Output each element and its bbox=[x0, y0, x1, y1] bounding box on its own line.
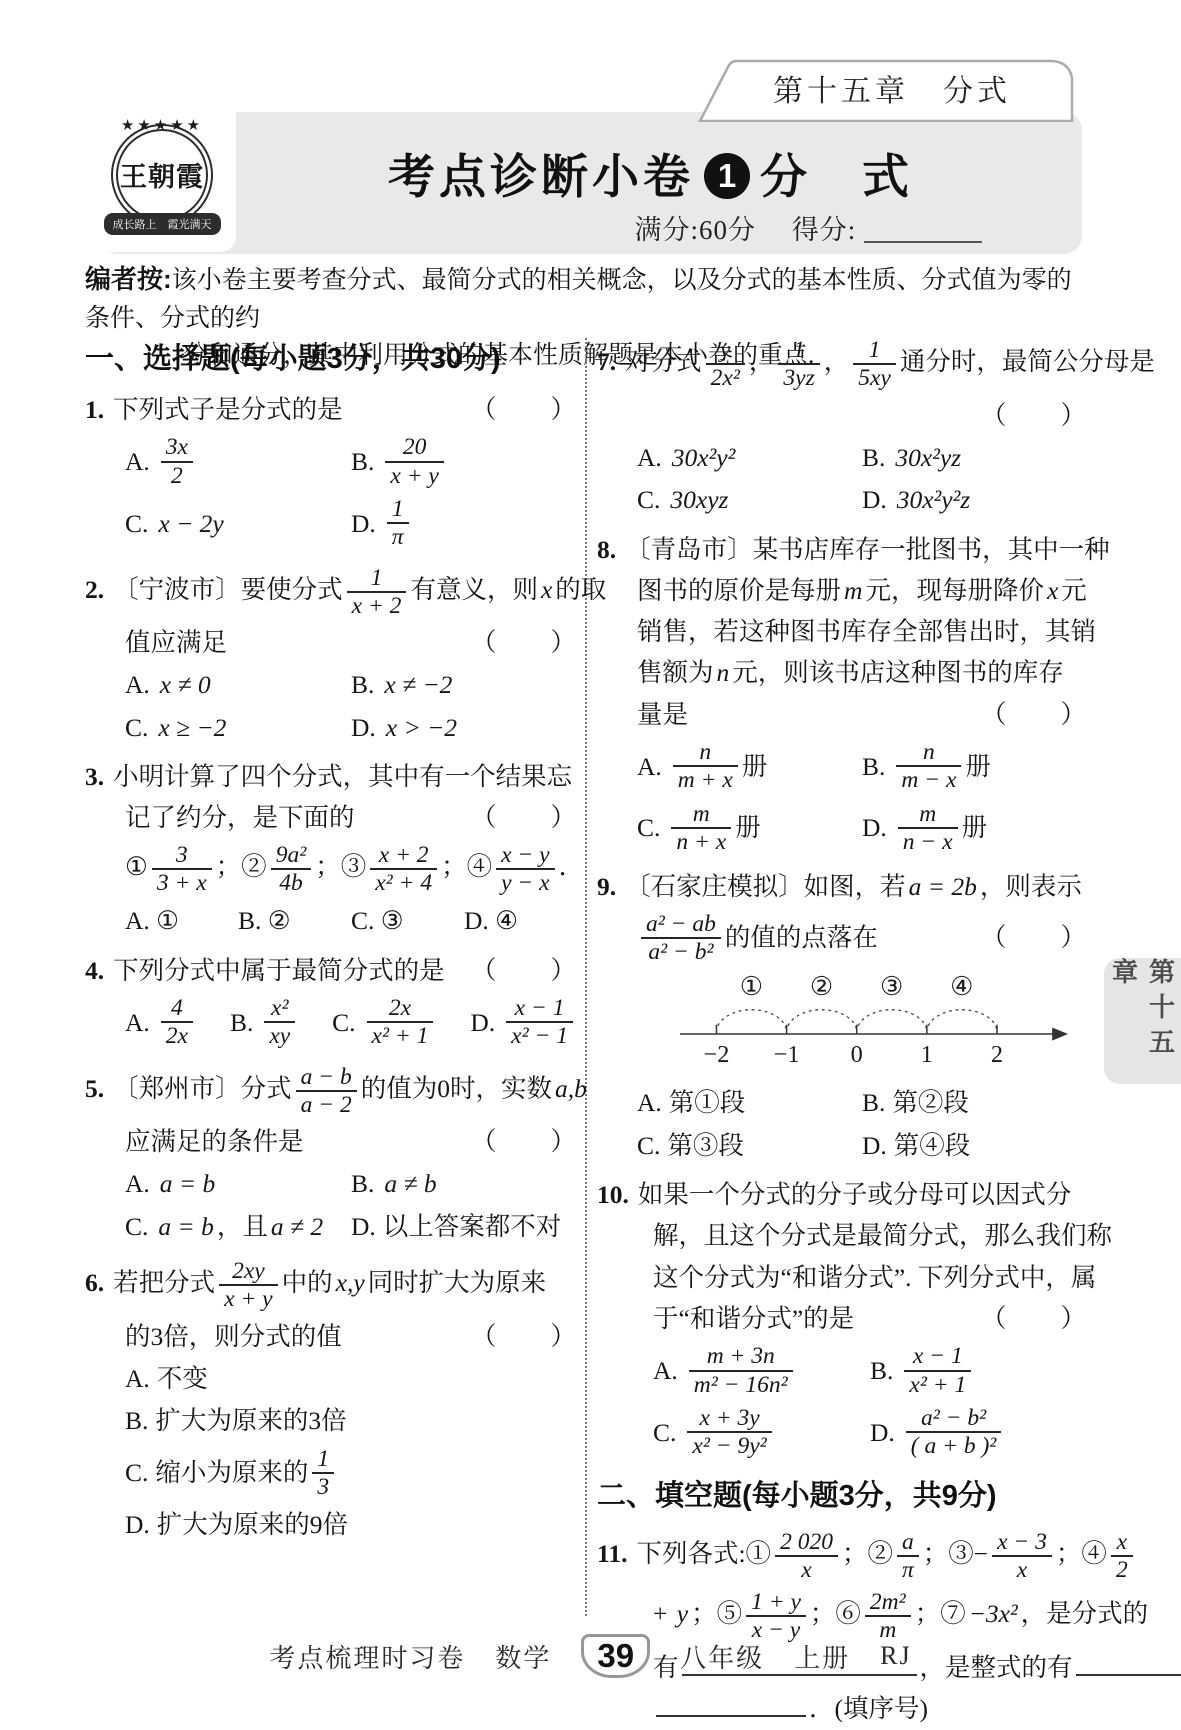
math-text: x ≥ −2 bbox=[158, 707, 226, 748]
text-run: 记了约分，是下面的 bbox=[125, 797, 355, 838]
option: C.mn + x册 bbox=[637, 798, 862, 859]
text-run: 应满足的条件是 bbox=[125, 1121, 304, 1162]
text-run: ；⑥ bbox=[810, 1599, 861, 1628]
numberline-tick-label: −1 bbox=[774, 1041, 800, 1068]
fraction: m + 3nm² − 16n² bbox=[689, 1343, 793, 1398]
question-line: A.不变 bbox=[125, 1358, 577, 1399]
question: 3.小明计算了四个分式，其中有一个结果忘记了约分，是下面的（ ）①33 + x；… bbox=[85, 756, 577, 942]
option: D.x − 1x² − 1 bbox=[470, 992, 577, 1053]
fraction: x + 2x² + 4 bbox=[370, 842, 437, 897]
fraction-numerator: a bbox=[897, 1529, 919, 1557]
fraction-denominator: x² − 9y² bbox=[687, 1433, 771, 1459]
question: 7.对分式y2x²，13yz，15xy通分时，最简公分母是（ ）A.30x²y²… bbox=[597, 334, 1087, 521]
text-run: B. bbox=[862, 1082, 885, 1123]
question: 11.下列各式:①2 020x；②aπ；③−x − 3x；④x2+ y；⑤1 +… bbox=[597, 1526, 1087, 1730]
option: B.第②段 bbox=[862, 1082, 1087, 1123]
text-run: D. bbox=[862, 807, 887, 848]
fraction: 15xy bbox=[853, 337, 896, 392]
fraction-numerator: n bbox=[673, 739, 738, 767]
text-run: C. ③ bbox=[351, 900, 404, 941]
text-run: + bbox=[653, 1599, 674, 1628]
question-line: ①33 + x；②9a²4b；③x + 2x² + 4；④x − yy − x． bbox=[125, 839, 577, 900]
option: A.42x bbox=[125, 992, 197, 1053]
fraction-numerator: 1 bbox=[778, 337, 819, 365]
fraction: 9a²4b bbox=[271, 842, 312, 897]
text-run: D. bbox=[862, 1125, 887, 1166]
fraction-denominator: 2 bbox=[1111, 1557, 1133, 1583]
question: 8.〔青岛市〕某书店库存一批图书，其中一种图书的原价是每册m元，现每册降价x元销… bbox=[597, 529, 1087, 859]
text-run: 售额为 bbox=[637, 658, 714, 687]
text-run: D. bbox=[351, 1206, 376, 1247]
fraction: y2x² bbox=[706, 337, 745, 392]
math-text: a = b bbox=[160, 1163, 215, 1204]
text-run: A. bbox=[125, 664, 150, 705]
text-run: ， bbox=[824, 347, 850, 376]
text-run: D. bbox=[870, 1412, 895, 1453]
option: D.mn − x册 bbox=[862, 798, 1087, 859]
numberline-tick-label: 0 bbox=[851, 1041, 863, 1068]
question-line: 9.〔石家庄模拟〕如图，若a = 2b，则表示 bbox=[597, 866, 1087, 907]
option: A.a = b bbox=[125, 1163, 351, 1204]
fraction-numerator: 1 + y bbox=[746, 1589, 806, 1617]
question-line: C.第③段D.第④段 bbox=[637, 1125, 1087, 1166]
math-text: x bbox=[1047, 576, 1058, 605]
question-line: 7.对分式y2x²，13yz，15xy通分时，最简公分母是 bbox=[597, 334, 1087, 395]
fraction-numerator: m bbox=[671, 801, 731, 829]
fraction-numerator: 1 bbox=[312, 1446, 334, 1474]
numberline-tick-label: −2 bbox=[704, 1041, 730, 1068]
fraction-numerator: a² − ab bbox=[641, 911, 721, 939]
logo-seal-icon: 王朝霞 bbox=[116, 129, 208, 221]
option: C.30xyz bbox=[637, 479, 862, 520]
text-run: A. bbox=[653, 1350, 678, 1391]
text-run: C. bbox=[637, 807, 660, 848]
answer-paren: （ ） bbox=[471, 950, 577, 991]
option: D.x > −2 bbox=[351, 707, 577, 748]
text-run: B. bbox=[351, 664, 374, 705]
math-text: −3x² bbox=[969, 1599, 1018, 1628]
fraction-numerator: x + 3y bbox=[687, 1405, 771, 1433]
text-run: 的3倍，则分式的值 bbox=[125, 1316, 342, 1357]
question-line: 解，且这个分式是最简分式，那么我们称 bbox=[653, 1215, 1087, 1256]
text-run: ；③ bbox=[315, 852, 366, 881]
question-line: A.第①段B.第②段 bbox=[637, 1082, 1087, 1123]
question-line: A.x ≠ 0B.x ≠ −2 bbox=[125, 664, 577, 705]
fraction-denominator: xy bbox=[264, 1023, 295, 1049]
fraction-numerator: x bbox=[1111, 1529, 1133, 1557]
fraction-denominator: x² − 1 bbox=[506, 1023, 573, 1049]
full-score-label: 满分:60分 bbox=[634, 215, 756, 245]
question-line: 5.〔郑州市〕分式a − ba − 2的值为0时，实数a,b bbox=[85, 1061, 577, 1122]
fraction: 20x + y bbox=[385, 434, 443, 489]
text-run: 元 bbox=[1061, 576, 1087, 605]
numberline-segment-label: ① bbox=[740, 972, 763, 1001]
numberline-segment-label: ② bbox=[810, 972, 833, 1001]
option: C.x − 2y bbox=[125, 503, 351, 544]
page-number-book-icon: 39 bbox=[581, 1634, 650, 1678]
question-columns: 一、选择题(每小题3分，共30分)1.下列式子是分式的是（ ）A.3x2B.20… bbox=[85, 334, 1087, 1730]
fraction-numerator: 2m² bbox=[865, 1589, 911, 1617]
text-run: 册 bbox=[742, 746, 768, 787]
fraction: a² − aba² − b² bbox=[641, 911, 721, 966]
text-run: 值应满足 bbox=[125, 622, 227, 663]
fraction: a² − b²( a + b )² bbox=[906, 1405, 1002, 1460]
question-line: C.x ≥ −2D.x > −2 bbox=[125, 707, 577, 748]
text-run: C. bbox=[637, 479, 660, 520]
footer-volume: 上册 bbox=[794, 1638, 850, 1675]
question-line: 销售，若这种图书库存全部售出时，其销 bbox=[637, 611, 1087, 652]
text-run: B. bbox=[351, 1163, 374, 1204]
option: D.扩大为原来的9倍 bbox=[125, 1504, 577, 1545]
question-line: A. ①B. ②C. ③D. ④ bbox=[125, 900, 577, 941]
text-run: ；② bbox=[842, 1539, 893, 1568]
question-line: 11.下列各式:①2 020x；②aπ；③−x − 3x；④x2 bbox=[597, 1526, 1087, 1587]
fraction: 33 + x bbox=[152, 842, 212, 897]
text-run: 有意义，则 bbox=[410, 575, 538, 604]
chapter-tab-label: 第十五章 分式 bbox=[698, 66, 1086, 110]
text-run: 第④段 bbox=[894, 1125, 971, 1166]
fraction: 3x2 bbox=[161, 434, 193, 489]
option: B.x²xy bbox=[230, 992, 299, 1053]
fraction: mn − x bbox=[898, 801, 958, 856]
option: A.3x2 bbox=[125, 431, 351, 492]
answer-paren: （ ） bbox=[471, 389, 577, 430]
math-text: a = b bbox=[158, 1206, 213, 1247]
text-run: 扩大为原来的9倍 bbox=[157, 1504, 348, 1545]
fraction: x − yy − x bbox=[496, 842, 554, 897]
fraction-denominator: x + 2 bbox=[347, 593, 407, 619]
option: C.x + 3yx² − 9y² bbox=[653, 1402, 870, 1463]
page-footer: 考点梳理时习卷 数学 39 八年级 上册 RJ bbox=[0, 1634, 1181, 1678]
option: D.第④段 bbox=[862, 1125, 1087, 1166]
numberline-svg: −2①−1②0③1④2 bbox=[665, 972, 1069, 1068]
fraction-numerator: m bbox=[898, 801, 958, 829]
question-line: 1.下列式子是分式的是（ ） bbox=[85, 389, 577, 430]
math-text: x,y bbox=[336, 1268, 365, 1297]
question: 6.若把分式2xyx + y中的x,y同时扩大为原来的3倍，则分式的值（ ）A.… bbox=[85, 1255, 577, 1545]
text-run: 元，现每册降价 bbox=[865, 576, 1044, 605]
section-heading: 二、填空题(每小题3分，共9分) bbox=[597, 1473, 1087, 1514]
question-number: 10. bbox=[597, 1180, 629, 1209]
question-line: 图书的原价是每册m元，现每册降价x元 bbox=[637, 570, 1087, 611]
question-line: A.42xB.x²xyC.2xx² + 1D.x − 1x² − 1 bbox=[125, 992, 577, 1053]
question-line: C.30xyzD.30x²y²z bbox=[637, 479, 1087, 520]
fraction-denominator: 5xy bbox=[853, 365, 896, 391]
math-text: n bbox=[717, 658, 730, 687]
fraction: nm − x bbox=[896, 739, 961, 794]
option: A.30x²y² bbox=[637, 437, 862, 478]
fraction-numerator: 20 bbox=[385, 434, 443, 462]
math-text: 30x²y² bbox=[672, 437, 735, 478]
question-line: C.mn + x册D.mn − x册 bbox=[637, 798, 1087, 859]
fraction-denominator: 3yz bbox=[778, 365, 819, 391]
question-line: ．(填序号) bbox=[653, 1688, 1087, 1729]
fraction-numerator: x − 1 bbox=[506, 995, 573, 1023]
question-line: 2.〔宁波市〕要使分式1x + 2有意义，则x的取 bbox=[85, 562, 577, 623]
question-number: 6. bbox=[85, 1268, 104, 1297]
question-line: A.3x2B.20x + y bbox=[125, 431, 577, 492]
text-run: ． bbox=[559, 852, 585, 881]
text-run: B. bbox=[230, 1002, 253, 1043]
fill-in-blank bbox=[656, 1688, 806, 1717]
question-line: A.nm + x册B.nm − x册 bbox=[637, 736, 1087, 797]
fraction-denominator: a² − b² bbox=[641, 939, 721, 965]
option: B.nm − x册 bbox=[862, 736, 1087, 797]
text-run: 〔宁波市〕要使分式 bbox=[113, 575, 343, 604]
text-run: 缩小为原来的 bbox=[155, 1452, 308, 1493]
text-run: 下列式子是分式的是 bbox=[113, 389, 343, 430]
text-run: ；⑦ bbox=[915, 1599, 966, 1628]
option: D.a² − b²( a + b )² bbox=[870, 1402, 1087, 1463]
text-run: 解，且这个分式是最简分式，那么我们称 bbox=[653, 1221, 1112, 1250]
fraction-numerator: 2x bbox=[367, 995, 434, 1023]
text-run: ，且 bbox=[217, 1206, 268, 1247]
fraction-denominator: x + y bbox=[385, 463, 443, 489]
chapter-side-tab-label: 第十五章 bbox=[1106, 958, 1180, 1084]
text-run: 的值为0时，实数 bbox=[361, 1074, 552, 1103]
fraction-numerator: y bbox=[706, 337, 745, 365]
text-run: 量是 bbox=[637, 694, 688, 735]
fraction-numerator: 1 bbox=[387, 496, 409, 524]
page-title-prefix: 考点诊断小卷 bbox=[388, 150, 694, 203]
numberline-figure: −2①−1②0③1④2 bbox=[665, 972, 1087, 1080]
fraction-denominator: n + x bbox=[671, 829, 731, 855]
footer-grade: 八年级 bbox=[680, 1638, 764, 1675]
question-number: 7. bbox=[597, 347, 616, 376]
question-number: 5. bbox=[85, 1074, 104, 1103]
option: C.a = b，且a ≠ 2 bbox=[125, 1206, 351, 1247]
editor-note-line1: 编者按:该小卷主要考查分式、最简分式的相关概念，以及分式的基本性质、分式值为零的… bbox=[85, 260, 1087, 337]
fraction: x − 1x² − 1 bbox=[506, 995, 573, 1050]
text-run: 册 bbox=[962, 807, 988, 848]
text-run: ， bbox=[749, 347, 775, 376]
text-run: B. bbox=[862, 437, 885, 478]
fraction-denominator: 3 + x bbox=[152, 870, 212, 896]
option: C.缩小为原来的13 bbox=[125, 1443, 577, 1504]
text-run: B. ② bbox=[238, 900, 291, 941]
text-run: 中的 bbox=[282, 1268, 333, 1297]
fraction-denominator: x² + 4 bbox=[370, 870, 437, 896]
fraction-denominator: x bbox=[775, 1557, 838, 1583]
fraction-denominator: n − x bbox=[898, 829, 958, 855]
question-line: 10.如果一个分式的分子或分母可以因式分 bbox=[597, 1174, 1087, 1215]
question: 10.如果一个分式的分子或分母可以因式分解，且这个分式是最简分式，那么我们称这个… bbox=[597, 1174, 1087, 1462]
math-text: a ≠ b bbox=[384, 1163, 436, 1204]
question-line: A.m + 3nm² − 16n²B.x − 1x² + 1 bbox=[653, 1340, 1087, 1401]
text-run: C. bbox=[125, 707, 148, 748]
question-line: A.30x²y²B.30x²yz bbox=[637, 437, 1087, 478]
score-label: 得分: bbox=[792, 215, 857, 245]
math-text: a ≠ 2 bbox=[271, 1206, 323, 1247]
fraction-denominator: m − x bbox=[896, 767, 961, 793]
text-run: C. bbox=[332, 1002, 355, 1043]
page-title-topic: 分 式 bbox=[760, 150, 913, 203]
fraction: x²xy bbox=[264, 995, 295, 1050]
text-run: 的值的点落在 bbox=[725, 917, 878, 958]
option: C. ③ bbox=[351, 900, 464, 941]
math-text: m bbox=[844, 576, 862, 605]
question-line: C.x − 2yD.1π bbox=[125, 493, 577, 554]
text-run: ；④ bbox=[1056, 1539, 1107, 1568]
footer-edition: RJ bbox=[880, 1641, 911, 1671]
fraction: x2 bbox=[1111, 1529, 1133, 1584]
text-run: D. ④ bbox=[464, 900, 518, 941]
question-number: 8. bbox=[597, 535, 616, 564]
fraction-denominator: 2 bbox=[161, 463, 193, 489]
fraction: nm + x bbox=[673, 739, 738, 794]
option: A.nm + x册 bbox=[637, 736, 862, 797]
question-number: 4. bbox=[85, 950, 104, 991]
question-line: a² − aba² − b²的值的点落在（ ） bbox=[637, 908, 1087, 969]
answer-paren: （ ） bbox=[471, 1316, 577, 1357]
text-run: C. bbox=[637, 1125, 660, 1166]
question-line: 量是（ ） bbox=[637, 694, 1087, 735]
text-run: D. bbox=[125, 1504, 150, 1545]
fraction: x + 3yx² − 9y² bbox=[687, 1405, 771, 1460]
score-blank bbox=[864, 219, 982, 243]
fraction: 13 bbox=[312, 1446, 334, 1501]
score-line: 满分:60分 得分: bbox=[634, 208, 982, 247]
fraction-denominator: y − x bbox=[496, 870, 554, 896]
fraction: aπ bbox=[897, 1529, 919, 1584]
question-line: 8.〔青岛市〕某书店库存一批图书，其中一种 bbox=[597, 529, 1087, 570]
editor-note-label: 编者按: bbox=[85, 264, 172, 294]
question: 1.下列式子是分式的是（ ）A.3x2B.20x + yC.x − 2yD.1π bbox=[85, 389, 577, 554]
text-run: 图书的原价是每册 bbox=[637, 576, 841, 605]
text-run: 同时扩大为原来 bbox=[368, 1268, 547, 1297]
option: B.x − 1x² + 1 bbox=[870, 1340, 1087, 1401]
fraction-numerator: a² − b² bbox=[906, 1405, 1002, 1433]
text-run: A. bbox=[125, 1002, 150, 1043]
fraction-numerator: x² bbox=[264, 995, 295, 1023]
logo-stars-icon: ★★★★★ bbox=[121, 116, 203, 135]
fraction-numerator: m + 3n bbox=[689, 1343, 793, 1371]
text-run: ，是分式的 bbox=[1021, 1599, 1149, 1628]
question: 4.下列分式中属于最简分式的是（ ）A.42xB.x²xyC.2xx² + 1D… bbox=[85, 950, 577, 1053]
question-line: 于“和谐分式”的是（ ） bbox=[653, 1298, 1087, 1339]
answer-paren: （ ） bbox=[981, 1298, 1087, 1339]
question-number: 2. bbox=[85, 575, 104, 604]
fraction-denominator: 4b bbox=[271, 870, 312, 896]
text-run: D. bbox=[351, 503, 376, 544]
fraction-denominator: π bbox=[387, 524, 409, 550]
text-run: ；② bbox=[216, 852, 267, 881]
text-run: ；④ bbox=[441, 852, 492, 881]
text-run: 元，则该书店这种图书的库存 bbox=[732, 658, 1064, 687]
question-number: 3. bbox=[85, 762, 104, 791]
text-run: 不变 bbox=[157, 1358, 208, 1399]
column-divider bbox=[585, 338, 587, 1616]
fraction-numerator: a − b bbox=[296, 1064, 357, 1092]
fraction: 13yz bbox=[778, 337, 819, 392]
question-number: 9. bbox=[597, 872, 616, 901]
math-text: x bbox=[541, 575, 552, 604]
text-run: D. bbox=[862, 479, 887, 520]
fraction-numerator: 3x bbox=[161, 434, 193, 462]
text-run: 〔郑州市〕分式 bbox=[113, 1074, 292, 1103]
fraction-denominator: x + y bbox=[219, 1286, 277, 1312]
fraction-denominator: ( a + b )² bbox=[906, 1433, 1002, 1459]
numberline-segment-label: ③ bbox=[880, 972, 903, 1001]
question-line: C.x + 3yx² − 9y²D.a² − b²( a + b )² bbox=[653, 1402, 1087, 1463]
fraction: x − 3x bbox=[992, 1529, 1052, 1584]
fraction: a − ba − 2 bbox=[296, 1064, 357, 1119]
math-text: x ≠ 0 bbox=[160, 664, 211, 705]
question-number: 1. bbox=[85, 389, 104, 430]
text-run: 第②段 bbox=[892, 1082, 969, 1123]
text-run: 如果一个分式的分子或分母可以因式分 bbox=[638, 1180, 1072, 1209]
math-text: x > −2 bbox=[386, 707, 457, 748]
question-line: B.扩大为原来的3倍 bbox=[125, 1400, 577, 1441]
text-run: 销售，若这种图书库存全部售出时，其销 bbox=[637, 617, 1096, 646]
text-run: A. bbox=[637, 437, 662, 478]
fraction-numerator: x − y bbox=[496, 842, 554, 870]
text-run: B. bbox=[870, 1350, 893, 1391]
fraction-denominator: a − 2 bbox=[296, 1092, 357, 1118]
text-run: C. bbox=[125, 503, 148, 544]
question-line: 的3倍，则分式的值（ ） bbox=[125, 1316, 577, 1357]
answer-paren: （ ） bbox=[981, 917, 1087, 958]
fraction-denominator: 2x bbox=[161, 1023, 193, 1049]
question-line: 4.下列分式中属于最简分式的是（ ） bbox=[85, 950, 577, 991]
numberline-tick-label: 2 bbox=[991, 1041, 1003, 1068]
math-text: 30xyz bbox=[670, 479, 728, 520]
chapter-side-tab: 第十五章 bbox=[1104, 958, 1181, 1084]
text-run: A. bbox=[637, 1082, 662, 1123]
header-banner: 考点诊断小卷1分 式 满分:60分 得分: bbox=[99, 112, 1082, 254]
answer-paren: （ ） bbox=[981, 694, 1087, 735]
math-text: 30x²yz bbox=[895, 437, 961, 478]
question-line: 3.小明计算了四个分式，其中有一个结果忘 bbox=[85, 756, 577, 797]
option: B.a ≠ b bbox=[351, 1163, 577, 1204]
fraction-denominator: m² − 16n² bbox=[689, 1372, 793, 1398]
text-run: 下列各式:① bbox=[636, 1539, 771, 1568]
question-line: C.a = b，且a ≠ 2D.以上答案都不对 bbox=[125, 1206, 577, 1247]
question-line: 6.若把分式2xyx + y中的x,y同时扩大为原来 bbox=[85, 1255, 577, 1316]
page-title: 考点诊断小卷1分 式 bbox=[219, 140, 1082, 207]
numberline-tick-label: 1 bbox=[921, 1041, 933, 1068]
text-run: D. bbox=[470, 1002, 495, 1043]
fraction-denominator: 2x² bbox=[706, 365, 745, 391]
text-run: B. bbox=[351, 441, 374, 482]
option: C.2xx² + 1 bbox=[332, 992, 437, 1053]
text-run: C. bbox=[125, 1452, 148, 1493]
option: D.1π bbox=[351, 493, 577, 554]
text-run: ，则表示 bbox=[980, 872, 1082, 901]
text-run: 对分式 bbox=[625, 347, 702, 376]
text-run: 〔石家庄模拟〕如图，若 bbox=[625, 872, 906, 901]
question-line: C.缩小为原来的13 bbox=[125, 1443, 577, 1504]
question-line: A.a = bB.a ≠ b bbox=[125, 1163, 577, 1204]
fraction: 2 020x bbox=[775, 1529, 838, 1584]
question-line: 售额为n元，则该书店这种图书的库存 bbox=[637, 652, 1087, 693]
fraction-numerator: x − 1 bbox=[904, 1343, 971, 1371]
fraction-denominator: m + x bbox=[673, 767, 738, 793]
option: A.m + 3nm² − 16n² bbox=[653, 1340, 870, 1401]
math-text: y bbox=[677, 1599, 688, 1628]
answer-paren: （ ） bbox=[471, 622, 577, 663]
math-text: 30x²y²z bbox=[897, 479, 970, 520]
text-run: ；⑤ bbox=[691, 1599, 742, 1628]
text-run: D. bbox=[351, 707, 376, 748]
question-line: 值应满足（ ） bbox=[125, 622, 577, 663]
text-run: 小明计算了四个分式，其中有一个结果忘 bbox=[113, 762, 572, 791]
math-text: a = 2b bbox=[909, 872, 977, 901]
question-line: （ ） bbox=[637, 395, 1087, 436]
option: D. ④ bbox=[464, 900, 577, 941]
math-text: x ≠ −2 bbox=[384, 664, 452, 705]
text-run: 于“和谐分式”的是 bbox=[653, 1298, 854, 1339]
